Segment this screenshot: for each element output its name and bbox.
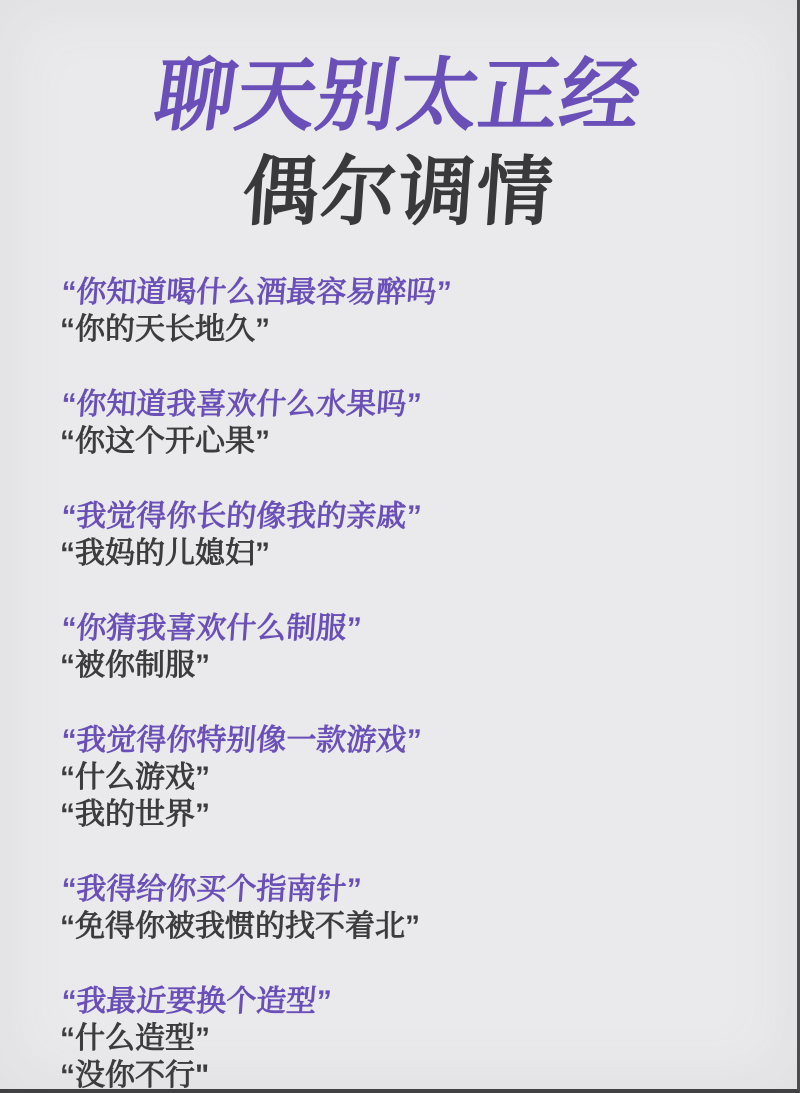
answer-line: “我的世界”	[60, 796, 761, 833]
joke-block-6: “我得给你买个指南针” “免得你被我惯的找不着北”	[60, 871, 761, 945]
answer-line: “我妈的儿媳妇”	[60, 535, 761, 572]
joke-block-1: “你知道喝什么酒最容易醉吗” “你的天长地久”	[60, 274, 761, 348]
joke-block-7: “我最近要换个造型” “什么造型” “没你不行"	[60, 983, 761, 1093]
question-line: “我得给你买个指南针”	[60, 871, 764, 908]
question-line: “我觉得你特别像一款游戏”	[60, 722, 764, 759]
answer-line: “被你制服”	[60, 647, 761, 684]
answer-line: “没你不行"	[60, 1057, 761, 1093]
joke-block-4: “你猜我喜欢什么制服” “被你制服”	[60, 610, 761, 684]
question-line: “你知道喝什么酒最容易醉吗”	[60, 274, 764, 311]
question-line: “我觉得你长的像我的亲戚”	[60, 498, 764, 535]
question-line: “我最近要换个造型”	[60, 983, 764, 1020]
question-line: “你知道我喜欢什么水果吗”	[60, 386, 764, 423]
question-line: “你猜我喜欢什么制服”	[60, 610, 764, 647]
joke-block-5: “我觉得你特别像一款游戏” “什么游戏” “我的世界”	[60, 722, 761, 833]
flirting-tips-poster: 聊天别太正经 偶尔调情 “你知道喝什么酒最容易醉吗” “你的天长地久” “你知道…	[0, 0, 800, 1093]
page-subtitle: 偶尔调情	[0, 150, 800, 236]
answer-line: “什么造型”	[60, 1020, 761, 1057]
joke-list: “你知道喝什么酒最容易醉吗” “你的天长地久” “你知道我喜欢什么水果吗” “你…	[0, 274, 797, 1093]
answer-line: “免得你被我惯的找不着北”	[60, 908, 761, 945]
joke-block-3: “我觉得你长的像我的亲戚” “我妈的儿媳妇”	[60, 498, 761, 572]
answer-line: “什么游戏”	[60, 759, 761, 796]
joke-block-2: “你知道我喜欢什么水果吗” “你这个开心果”	[60, 386, 761, 460]
page-title: 聊天别太正经	[0, 50, 800, 142]
answer-line: “你这个开心果”	[60, 423, 761, 460]
answer-line: “你的天长地久”	[60, 311, 761, 348]
